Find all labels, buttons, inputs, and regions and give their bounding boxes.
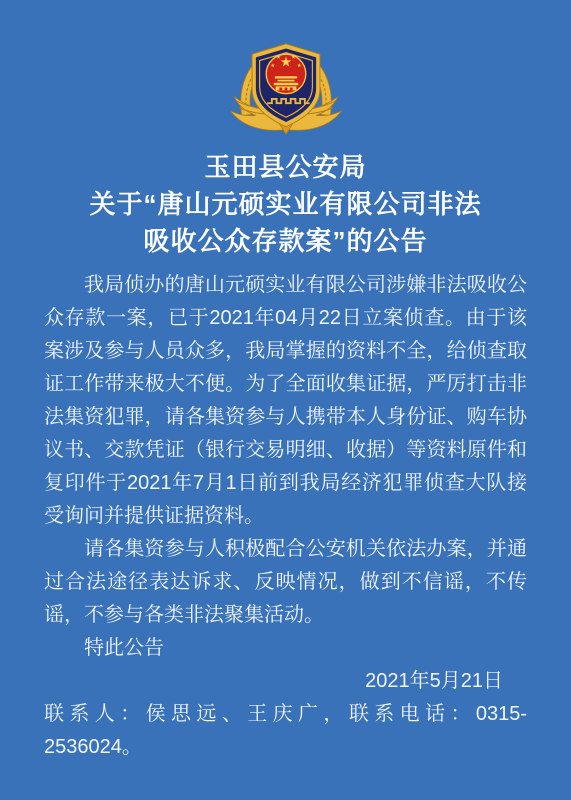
announcement-page: 玉田县公安局 关于“唐山元硕实业有限公司非法 吸收公众存款案”的公告 我局侦办的… — [0, 0, 571, 800]
announcement-title: 玉田县公安局 关于“唐山元硕实业有限公司非法 吸收公众存款案”的公告 — [0, 149, 571, 260]
agency-name: 玉田县公安局 — [0, 149, 571, 186]
paragraph-cooperation-notice: 请各集资参与人积极配合公安机关依法办案，并通过合法途径表达诉求、反映情况，做到不… — [44, 533, 527, 632]
announcement-date: 2021年5月21日 — [44, 665, 527, 698]
announcement-body: 我局侦办的唐山元硕实业有限公司涉嫌非法吸收公众存款一案，已于2021年04月22… — [0, 269, 571, 764]
title-line-2: 吸收公众存款案”的公告 — [0, 223, 571, 260]
paragraph-closing: 特此公告 — [44, 632, 527, 665]
title-line-1: 关于“唐山元硕实业有限公司非法 — [0, 186, 571, 223]
contact-info: 联系人：侯思远、王庆广，联系电话：0315-2536024。 — [44, 698, 527, 764]
police-badge-icon — [226, 40, 346, 138]
paragraph-case-details: 我局侦办的唐山元硕实业有限公司涉嫌非法吸收公众存款一案，已于2021年04月22… — [44, 269, 527, 533]
